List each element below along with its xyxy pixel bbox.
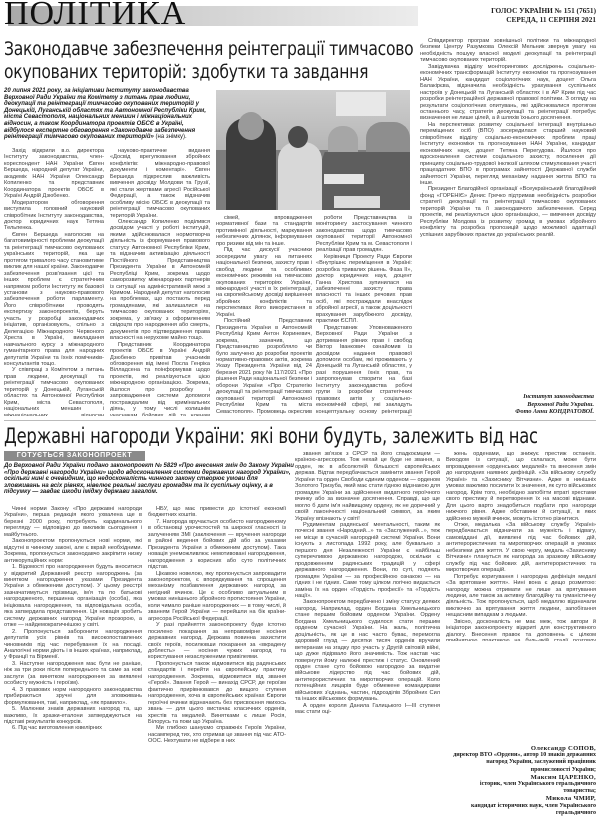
article1-col1: Захід відкрили в.о. директора Інституту … <box>4 148 104 416</box>
paragraph: Представник Уповноваженого Верховної Рад… <box>316 325 412 416</box>
article2-lead: До Верховної Ради України подано законоп… <box>4 463 294 496</box>
paragraph: Законопроектом передбачено і зміну стату… <box>295 599 440 702</box>
headline-line: Законодавче забезпечення реінтеграції ти… <box>4 38 414 61</box>
photo-credit: Фото Анни КОНДРАТОВОЇ. <box>414 408 594 416</box>
article1-col4: роботи Представництва із моніторингу зас… <box>316 215 412 416</box>
paragraph: Рудиментам радянської ментальності, таки… <box>295 522 440 599</box>
section-title: ПОЛІТИКА <box>4 0 186 29</box>
headline-line: окупованих територій: здобутки та завдан… <box>4 61 414 84</box>
author-role: директор ВТО «Ордени», автор 10 знаків д… <box>446 752 596 774</box>
author-name: Микола ЧМИР, <box>446 795 596 802</box>
paragraph: 1. Відомості про нагородження будуть вно… <box>4 564 142 629</box>
meeting-photo <box>216 90 410 210</box>
article2-headline: Державні нагороди України: які вони буду… <box>4 424 597 448</box>
author-role: кандидат історичних наук, член Українськ… <box>446 803 596 817</box>
article1-col2: науково-практичне видання «Досвід врегул… <box>110 148 210 416</box>
article2-signatures: Олександр СОПОВ, директор ВТО «Ордени», … <box>446 745 596 817</box>
paragraph: Захід відкрили в.о. директора Інституту … <box>4 148 104 200</box>
article2-col2: НБУ, що має привести до істотної економі… <box>148 506 286 834</box>
paragraph: Пропонується також відмовитися від радян… <box>148 661 286 726</box>
masthead: ПОЛІТИКА ГОЛОС УКРАЇНИ № 151 (7651) СЕРЕ… <box>0 0 600 28</box>
paper-issue: ГОЛОС УКРАЇНИ № 151 (7651) <box>491 6 596 15</box>
paragraph: Цікавою новелою, яку пропонується запров… <box>148 571 286 623</box>
paragraph: 4. З правових норм нагородного законодав… <box>4 687 142 706</box>
paper-date: СЕРЕДА, 11 СЕРПНЯ 2021 <box>491 15 596 24</box>
paragraph: 3. Наступне нагородження має бути не ран… <box>4 661 142 687</box>
paragraph: Модератором обговорення виступила головн… <box>4 200 104 232</box>
paragraph: Президент Благодійної організації «Всеук… <box>420 186 596 238</box>
author-name: Олександр СОПОВ, <box>446 745 596 752</box>
article1-headline: Законодавче забезпечення реінтеграції ти… <box>4 38 414 84</box>
lead-suffix: (на знімку). <box>156 134 187 140</box>
paragraph: Звісно, досконалість не має меж, тож авт… <box>446 619 596 641</box>
paragraph: Представник Координатора проектів ОБСЄ в… <box>110 342 210 416</box>
paragraph: Євген Бершеда наголосив на багатовимірно… <box>4 232 104 368</box>
article2-col3: звання зв'язок з СРСР та його спадкоємце… <box>295 451 440 834</box>
paragraph: Чинні норми Закону «Про державні нагород… <box>4 506 142 538</box>
paragraph: Отже, медалька «За військову службу Укра… <box>446 522 596 574</box>
paragraph: Співдиректор програм зовнішньої політики… <box>420 38 596 64</box>
author-role: історик, член Українського геральдичного… <box>446 781 596 795</box>
paragraph: 6. Під час виготовлення ювелірних <box>4 725 142 731</box>
article-divider <box>4 420 596 421</box>
paragraph: НБУ, що має привести до істотної економі… <box>148 506 286 519</box>
paragraph: Олександр Копиленко поділився досвідом у… <box>110 219 210 342</box>
paragraph: Керівниця Проекту Ради Європи «Внутрішнє… <box>316 254 412 325</box>
paragraph: 5. Малюнки знаків державних нагород та, … <box>4 706 142 725</box>
credit-line: Верховної Ради України. <box>414 401 594 409</box>
article1-col3: сімей, впровадження нормативної бази та … <box>216 215 312 416</box>
paragraph: У співпраці з Комітетом з питань прав лю… <box>4 367 104 416</box>
paragraph: 7. Нагорода вручається особисто нагородж… <box>148 519 286 571</box>
lead-text: 20 липня 2021 року, за ініціативи Інстит… <box>4 88 206 140</box>
article1-credit: Інститут законодавства Верховної Ради Ук… <box>414 393 594 416</box>
paragraph: У разі прийняття законопроекту буде істо… <box>148 622 286 661</box>
paragraph: На перспективах розвитку соціальної інте… <box>420 122 596 187</box>
paragraph: звання зв'язок з СРСР та його спадкоємце… <box>295 451 440 522</box>
paragraph: сімей, впровадження нормативної бази та … <box>216 215 312 247</box>
article2-col5: жень орденами, що знижує престиж останні… <box>446 451 596 641</box>
paragraph: жень орденами, що знижує престиж останні… <box>446 451 596 522</box>
article2-col1: Чинні норми Закону «Про державні нагород… <box>4 506 142 834</box>
paper-info: ГОЛОС УКРАЇНИ № 151 (7651) СЕРЕДА, 11 СЕ… <box>491 6 596 24</box>
rubric-label: ГОТУЄТЬСЯ ЗАКОНОПРОЕКТ <box>4 451 145 461</box>
paragraph: науково-практичне видання «Досвід врегул… <box>110 148 210 219</box>
paragraph: Потребує коригування і нагородна дефініц… <box>446 574 596 619</box>
paragraph: 2. Пропонується заборонити нагородження … <box>4 629 142 661</box>
paragraph: А орден короля Данила Галицького I—III с… <box>295 703 440 716</box>
paragraph: Ми глибоко шануємо справжніх Героїв Укра… <box>148 725 286 744</box>
paragraph: Під час дискусії учасники зосередили ува… <box>216 247 312 318</box>
article1-col5: Співдиректор програм зовнішньої політики… <box>418 38 596 392</box>
paragraph: роботи Представництва із моніторингу зас… <box>316 215 412 254</box>
paragraph: Завідувачка відділу моніторингових дослі… <box>420 64 596 122</box>
article1-lead: 20 липня 2021 року, за ініціативи Інстит… <box>4 88 210 141</box>
author-name: Максим ЦАРЕНКО, <box>446 774 596 781</box>
credit-line: Інститут законодавства <box>414 393 594 401</box>
paragraph: Законопроектом пропонуються нові норми, … <box>4 538 142 564</box>
paragraph: Постійний Представник Президента України… <box>216 318 312 416</box>
